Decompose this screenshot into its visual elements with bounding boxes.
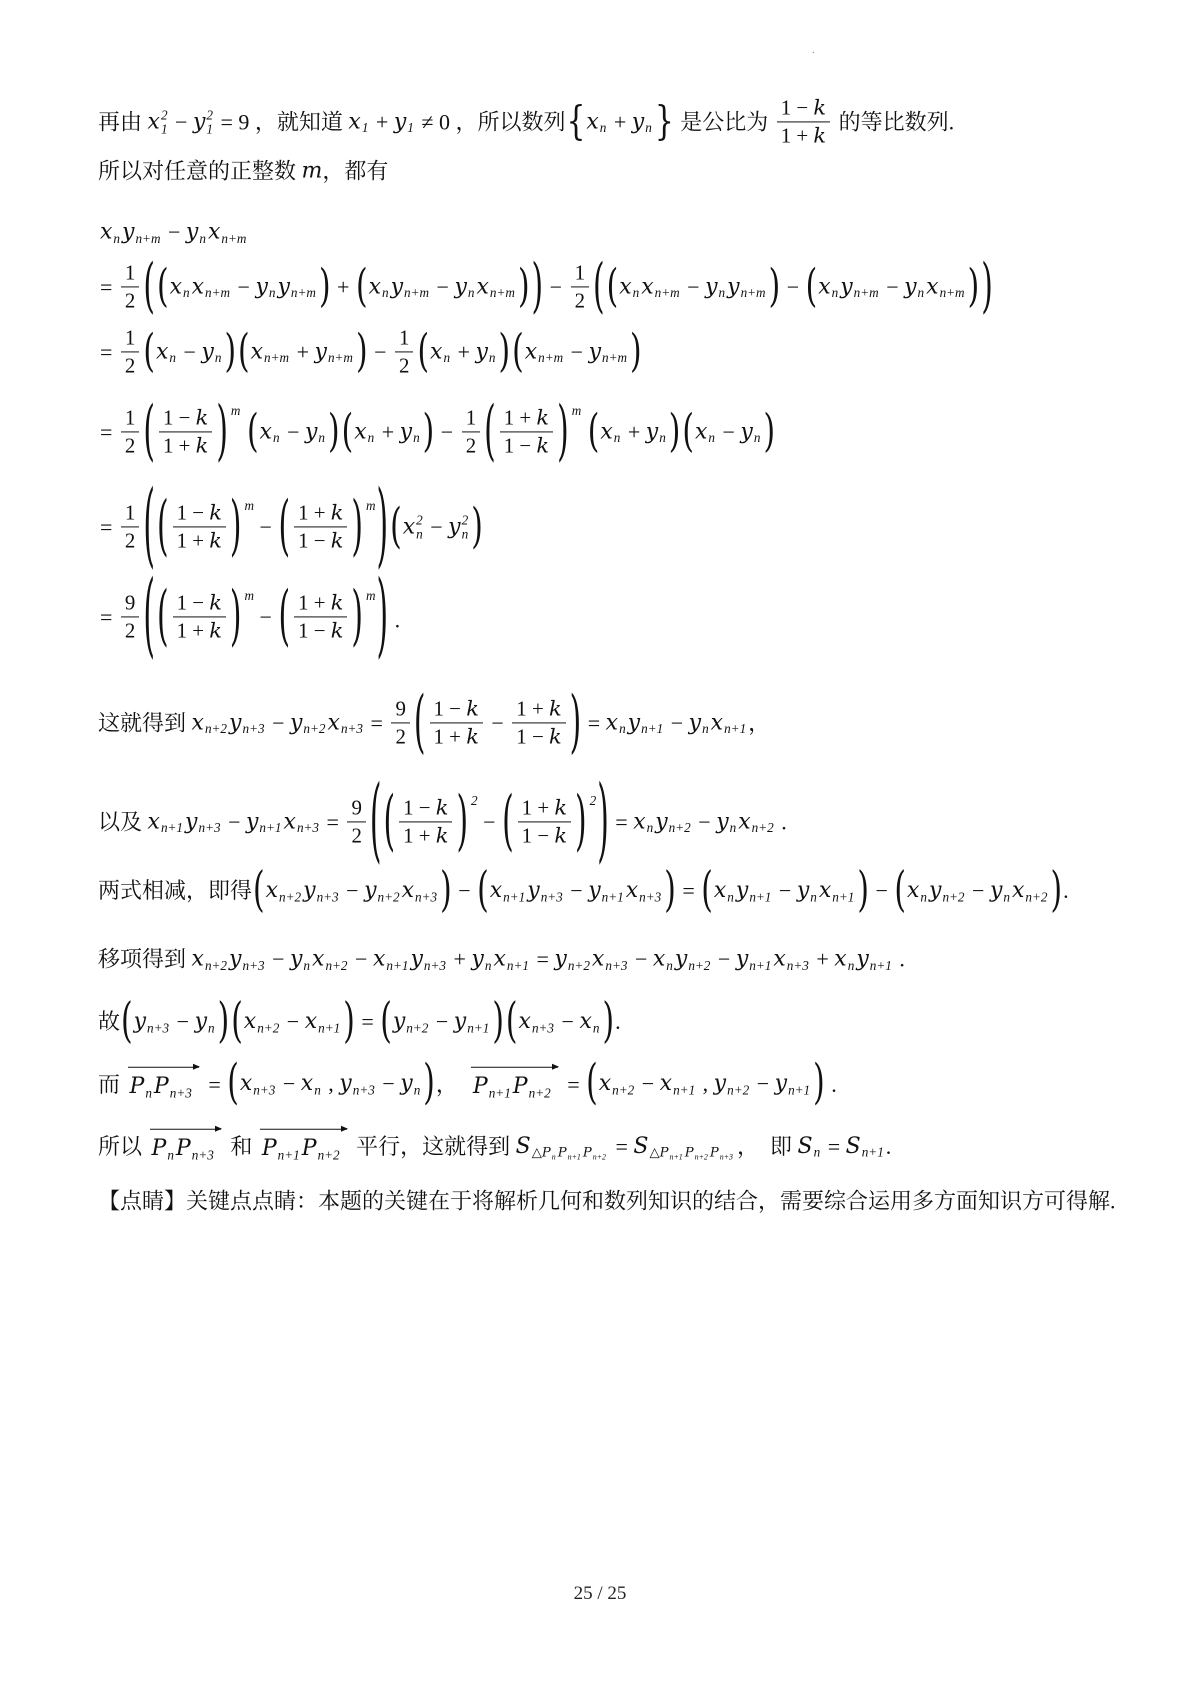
math-text: 1 + <box>403 824 436 849</box>
math-variable: xn+1 <box>373 945 411 973</box>
math-variable: xn <box>834 945 856 973</box>
subscript: n+1 <box>503 889 525 906</box>
math-variable: xn+2 <box>738 808 776 836</box>
fraction-denominator: 2 <box>347 823 365 849</box>
math-variable: yn+2 <box>364 877 402 905</box>
math-text: = <box>203 1070 226 1098</box>
subscript: n+3 <box>242 957 264 974</box>
subscript: n <box>730 820 737 837</box>
math-variable-glyph: y <box>716 808 728 836</box>
subscript: n+1 <box>862 1144 884 1161</box>
math-variable-glyph: x <box>354 418 366 446</box>
math-variable: k <box>549 696 562 721</box>
math-variable: xn <box>653 945 675 973</box>
math-variable: S△PnPn+1Pn+2 <box>516 1132 610 1160</box>
fraction: 1 + k1 − k <box>294 500 347 553</box>
subscript: n+1 <box>507 957 529 974</box>
math-text: 2 <box>351 824 361 849</box>
subscript: n+3 <box>192 1147 214 1164</box>
math-variable: xn+m <box>641 273 681 301</box>
math-text: 1 − <box>163 405 196 430</box>
math-text: 再由 <box>98 108 148 136</box>
math-variable-glyph: k <box>209 529 222 554</box>
subscript: n+2 <box>1025 889 1047 906</box>
math-text: − <box>693 808 716 836</box>
math-variable-glyph: y <box>122 218 134 246</box>
fraction-denominator: 2 <box>571 288 589 314</box>
fraction-numerator: 1 − k <box>430 696 483 723</box>
paren-group: (xn+2yn+3 − yn+2xn+3) <box>252 876 453 906</box>
math-variable: xn <box>369 273 391 301</box>
math-text: 1 <box>125 325 135 350</box>
math-variable-glyph: x <box>599 1070 611 1098</box>
open-bracket: ( <box>142 257 156 316</box>
paren-group: ((1 − k1 + k)m − (1 + k1 − k)m) <box>142 590 389 643</box>
paren-group: (1 − k1 + k)m <box>142 405 240 458</box>
math-variable: k <box>209 590 222 615</box>
paren-group: ((1 − k1 + k)m − (1 + k1 − k)m) <box>142 500 389 553</box>
math-variable: yn+3 <box>527 877 565 905</box>
fraction: 12 <box>395 325 413 378</box>
document-page: . 再由 x21 − y21 = 9 ，就知道 x1 + y1 ≠ 0 ，所以数… <box>0 0 1200 1697</box>
open-bracket: ( <box>237 330 251 375</box>
paren-group: (xn+2 − xn+1) <box>230 1007 356 1037</box>
fraction-numerator: 9 <box>347 795 365 822</box>
math-variable: xn+m <box>208 218 248 246</box>
close-bracket: ) <box>668 410 682 455</box>
math-text: − <box>232 273 255 301</box>
math-variable: xn+m <box>251 338 291 366</box>
math-text: 1 + <box>298 590 331 615</box>
fraction-denominator: 1 + k <box>159 433 212 459</box>
math-text: ， <box>436 1070 469 1098</box>
math-variable-glyph: y <box>714 1070 726 1098</box>
open-bracket: ( <box>120 998 134 1046</box>
subscript: n+2 <box>303 721 325 738</box>
math-variable: yn+1 <box>454 1008 492 1036</box>
math-text: − <box>267 945 290 973</box>
math-variable-glyph: k <box>549 696 562 721</box>
open-bracket: ( <box>416 330 430 375</box>
subscript: n+1 <box>568 1152 581 1162</box>
paren-group: (1 + k1 − k)m <box>277 590 375 643</box>
paren-group: (1 + k1 − k)2 <box>501 795 596 848</box>
math-variable-glyph: k <box>331 500 344 525</box>
math-variable-glyph: m <box>302 157 323 185</box>
group-body: 1 + k1 − k <box>291 500 350 553</box>
math-variable: k <box>331 619 344 644</box>
math-variable-glyph: x <box>312 945 324 973</box>
open-bracket: ( <box>379 998 393 1046</box>
math-text: + <box>811 945 834 973</box>
math-variable-glyph: x <box>641 273 653 301</box>
subscript: n <box>727 889 734 906</box>
open-bracket: ( <box>277 584 291 649</box>
math-text: , <box>697 1070 714 1098</box>
math-text: − <box>478 808 501 836</box>
group-body: xnyn+2 − ynxn+2 <box>907 877 1050 905</box>
group-body: xn + yn <box>430 338 497 366</box>
math-text: − <box>369 338 392 366</box>
intro-geometric-ratio-line: 再由 x21 − y21 = 9 ，就知道 x1 + y1 ≠ 0 ，所以数列{… <box>98 95 954 148</box>
open-bracket: ( <box>389 503 403 551</box>
math-text: 两式相减，即得 <box>98 877 252 905</box>
math-variable: k <box>331 590 344 615</box>
math-variable-glyph: x <box>711 709 723 737</box>
thus-obtain-line: 这就得到 xn+2yn+3 − yn+2xn+3 = 92(1 − k1 + k… <box>98 696 770 749</box>
math-text: 和 <box>225 1132 258 1160</box>
subscript: △PnPn+1Pn+2 <box>532 1144 608 1162</box>
math-variable: xn <box>301 1070 323 1098</box>
subscript: n+1 <box>602 889 624 906</box>
subscript: n+m <box>291 285 316 302</box>
subscript: n+m <box>135 230 160 247</box>
vector-with-overline: Pn+1Pn+2 <box>260 1130 347 1163</box>
subscript: n <box>145 1085 152 1102</box>
group-body: (1 − k1 + k)m − (1 + k1 − k)m <box>156 590 376 643</box>
math-text: △ <box>649 1144 659 1159</box>
subscript: n <box>413 430 420 447</box>
math-variable-glyph: x <box>284 808 296 836</box>
math-text: . <box>389 606 400 644</box>
math-variable: yn <box>740 418 762 446</box>
math-variable-glyph: y <box>391 273 403 301</box>
math-variable: xn <box>907 877 929 905</box>
math-text: 1 + <box>516 696 549 721</box>
math-variable-glyph: y <box>475 338 487 366</box>
math-variable-glyph: k <box>466 696 479 721</box>
math-text: 而 <box>98 1070 126 1098</box>
rearrange-terms-line: 移项得到 xn+2yn+3 − ynxn+2 − xn+1yn+3 + ynxn… <box>98 945 905 973</box>
math-text: 1 − <box>298 619 331 644</box>
math-variable: yn+2 <box>290 709 328 737</box>
math-variable: xn <box>260 418 282 446</box>
fraction: 92 <box>121 590 139 643</box>
group-body: xn+1yn+3 − yn+1xn+3 <box>490 877 664 905</box>
subscript: n+m <box>741 285 766 302</box>
subscript: n+1 <box>278 1147 300 1164</box>
fraction-numerator: 1 + k <box>294 590 347 617</box>
math-text: 是公比为 <box>675 108 774 136</box>
math-text: − <box>223 808 246 836</box>
subscript: n <box>443 350 450 367</box>
group-body: xn + yn <box>354 418 421 446</box>
math-variable-glyph: y <box>628 709 640 737</box>
math-variable: xn+2 <box>192 709 230 737</box>
group-exponent: m <box>231 403 241 420</box>
math-text: − <box>350 945 373 973</box>
math-variable: yn <box>400 1070 422 1098</box>
math-variable-glyph: x <box>477 273 489 301</box>
math-text: − <box>277 1070 300 1098</box>
subscript: n <box>468 285 475 302</box>
close-bracket: ) <box>327 410 341 455</box>
subscript: n+m <box>264 350 289 367</box>
math-text: = <box>677 877 700 905</box>
superscript: 2 <box>462 513 469 527</box>
math-variable-glyph: x <box>403 513 415 541</box>
open-bracket: ( <box>505 998 519 1046</box>
math-text: − <box>565 877 588 905</box>
close-bracket: ) <box>1050 867 1064 915</box>
sub-sup-stack: 21 <box>161 108 168 136</box>
math-variable: k <box>536 405 549 430</box>
math-variable: yn+1 <box>736 945 774 973</box>
math-variable-glyph: x <box>626 877 638 905</box>
paren-group: (xn+3 − xn) <box>505 1007 615 1037</box>
math-variable-glyph: x <box>148 108 160 136</box>
open-bracket: ( <box>501 789 515 854</box>
paren-group: (1 − k1 + k)m <box>156 590 254 643</box>
math-variable: xn+1 <box>711 709 749 737</box>
fraction: 1 − k1 + k <box>777 95 830 148</box>
math-variable: yn <box>632 108 654 136</box>
subscript: 1 <box>362 120 369 137</box>
math-variable-glyph: y <box>339 1070 351 1098</box>
subscript: n+3 <box>532 1020 554 1037</box>
open-bracket: ( <box>156 265 170 310</box>
math-variable: yn+3 <box>410 945 448 973</box>
math-text: 1 + <box>781 124 814 149</box>
subscript: n+1 <box>386 957 408 974</box>
subscript: n <box>832 285 839 302</box>
math-text: 2 <box>125 354 135 379</box>
close-bracket: ) <box>455 789 469 854</box>
subscript: n <box>920 889 927 906</box>
math-text: + <box>376 418 399 446</box>
math-variable: yn+m <box>277 273 317 301</box>
math-variable: xn <box>156 338 178 366</box>
open-bracket: ( <box>383 789 397 854</box>
math-variable-glyph: y <box>705 273 717 301</box>
vector-body: Pn+1Pn+2 <box>262 1135 342 1163</box>
math-text: 1 − <box>177 500 210 525</box>
fraction-denominator: 2 <box>121 288 139 314</box>
math-variable-glyph: k <box>209 590 222 615</box>
subscript: n <box>462 527 469 541</box>
math-text: − <box>967 877 990 905</box>
math-variable-glyph: x <box>301 1070 313 1098</box>
subscript: n <box>314 1082 321 1099</box>
fraction-denominator: 1 + k <box>430 724 483 750</box>
subscript: n+3 <box>415 889 437 906</box>
math-variable-glyph: k <box>549 725 562 750</box>
fraction-denominator: 1 − k <box>294 618 347 644</box>
math-variable: Pn+1 <box>660 1145 685 1162</box>
vector-definition-line: 而 PnPn+3 = (xn+3 − xn , yn+3 − yn)， Pn+1… <box>98 1068 837 1101</box>
group-exponent: m <box>572 403 582 420</box>
paren-group: ((1 − k1 + k)2 − (1 + k1 − k)2) <box>369 795 610 848</box>
math-variable-glyph: y <box>904 273 916 301</box>
math-variable: xn+3 <box>240 1070 278 1098</box>
math-text: − <box>282 418 305 446</box>
subscript: 1 <box>407 120 414 137</box>
math-text: − <box>712 945 735 973</box>
math-text: = <box>321 808 344 836</box>
open-bracket: ( <box>805 265 819 310</box>
close-bracket: ) <box>980 257 994 316</box>
subscript: n+3 <box>341 721 363 738</box>
fraction: 92 <box>347 795 365 848</box>
math-variable-glyph: k <box>554 795 567 820</box>
paren-group: (xn+3 − xn , yn+3 − yn) <box>226 1069 436 1099</box>
subscript: n+1 <box>724 721 746 738</box>
math-text: − <box>629 945 652 973</box>
math-text: 1 + <box>177 529 210 554</box>
math-variable: yn <box>689 709 711 737</box>
math-variable: xn+3 <box>773 945 811 973</box>
subscript: n+m <box>655 285 680 302</box>
subscript: n+2 <box>568 957 590 974</box>
math-variable-glyph: y <box>193 108 205 136</box>
math-text: + <box>622 418 645 446</box>
subscript: n <box>318 430 325 447</box>
math-text: 的等比数列. <box>833 108 954 136</box>
math-variable-glyph: y <box>290 945 302 973</box>
math-variable: k <box>331 500 344 525</box>
math-variable: yn+1 <box>628 709 666 737</box>
open-bracket: ( <box>592 257 606 316</box>
math-variable-glyph: P <box>152 1135 167 1163</box>
subscript: n <box>183 285 190 302</box>
paren-group: (xn+2 − xn+1 , yn+2 − yn+1) <box>585 1069 826 1099</box>
math-variable-glyph: P <box>710 1145 719 1162</box>
math-variable: k <box>466 725 479 750</box>
math-variable: k <box>209 529 222 554</box>
subscript: n+1 <box>749 957 771 974</box>
math-variable-glyph: x <box>579 1008 591 1036</box>
math-variable-glyph: y <box>736 945 748 973</box>
sub-sup-stack: 2n <box>462 513 469 541</box>
math-variable-glyph: x <box>192 709 204 737</box>
math-text: 9 <box>351 795 361 820</box>
math-variable: yn+2 <box>675 945 713 973</box>
math-variable-glyph: x <box>373 945 385 973</box>
math-variable-glyph: x <box>695 418 707 446</box>
math-variable-glyph: x <box>660 1070 672 1098</box>
math-text: 1 + <box>434 725 467 750</box>
math-variable-glyph: x <box>926 273 938 301</box>
math-text: = <box>100 338 118 366</box>
math-variable: xn+m <box>192 273 232 301</box>
subscript: n <box>810 889 817 906</box>
subscript: n+2 <box>612 1082 634 1099</box>
math-variable: yn+3 <box>185 808 223 836</box>
open-bracket: ( <box>230 998 244 1046</box>
math-variable: k <box>436 824 449 849</box>
subtract-two-equations-line: 两式相减，即得(xn+2yn+3 − yn+2xn+3) − (xn+1yn+3… <box>98 876 1069 906</box>
math-variable: yn+m <box>840 273 880 301</box>
math-variable: y2n <box>448 513 470 541</box>
math-text: − <box>254 603 277 631</box>
group-body: xn+m + yn+m <box>251 338 355 366</box>
math-variable-glyph: k <box>331 529 344 554</box>
math-variable-glyph: k <box>331 619 344 644</box>
subscript: n+m <box>490 285 515 302</box>
open-bracket: { <box>565 102 586 142</box>
close-bracket: ) <box>342 998 356 1046</box>
subscript: n+2 <box>257 1020 279 1037</box>
fraction-denominator: 1 − k <box>294 528 347 554</box>
math-text: 2 <box>575 289 585 314</box>
math-text: + <box>608 108 631 136</box>
subscript: n <box>269 285 276 302</box>
group-exponent: 2 <box>471 793 478 810</box>
subscript: n+1 <box>259 820 281 837</box>
fraction-denominator: 1 + k <box>777 123 830 149</box>
math-text: 2 <box>125 434 135 459</box>
math-variable: xn <box>633 808 655 836</box>
math-text: − <box>341 877 364 905</box>
math-variable: yn <box>646 418 668 446</box>
subscript: n <box>614 430 621 447</box>
math-variable: yn+1 <box>588 877 626 905</box>
math-variable-glyph: x <box>653 945 665 973</box>
math-variable-glyph: k <box>466 725 479 750</box>
math-variable: x2n <box>403 513 425 541</box>
math-variable-glyph: k <box>813 95 826 120</box>
math-variable-glyph: x <box>493 945 505 973</box>
math-variable-glyph: y <box>589 338 601 366</box>
math-variable: Pn+2 <box>685 1145 710 1162</box>
math-variable-glyph: y <box>394 108 406 136</box>
math-variable-glyph: P <box>558 1145 567 1162</box>
group-body: (1 − k1 + k)2 − (1 + k1 − k)2 <box>383 795 597 848</box>
subscript: n+2 <box>205 721 227 738</box>
math-variable-glyph: y <box>303 877 315 905</box>
vector-with-overline: Pn+1Pn+2 <box>471 1068 558 1101</box>
fraction-denominator: 2 <box>462 433 480 459</box>
vector-body: PnPn+3 <box>152 1135 216 1163</box>
subscript: n+m <box>404 285 429 302</box>
math-variable: k <box>813 95 826 120</box>
fraction: 1 − k1 + k <box>173 500 226 553</box>
math-variable-glyph: y <box>305 418 317 446</box>
group-body: xn+2 − xn+1 <box>244 1008 342 1036</box>
math-variable-glyph: y <box>134 1008 146 1036</box>
vector-with-overline: PnPn+3 <box>150 1130 221 1163</box>
math-variable: xn+1 <box>305 1008 343 1036</box>
subscript: n+3 <box>253 1082 275 1099</box>
math-variable: xn+3 <box>328 709 366 737</box>
group-body: xnxn+m − ynyn+m <box>619 273 767 301</box>
fraction-denominator: 2 <box>121 353 139 379</box>
math-variable: k <box>813 124 826 149</box>
math-variable-glyph: x <box>592 945 604 973</box>
open-bracket: ( <box>413 689 427 757</box>
math-text: = <box>100 603 118 631</box>
math-text: 1 <box>125 500 135 525</box>
math-variable: yn <box>201 338 223 366</box>
math-variable-glyph: y <box>290 709 302 737</box>
vector-with-overline: PnPn+3 <box>128 1068 199 1101</box>
close-bracket: ) <box>601 998 615 1046</box>
math-text: − <box>717 418 740 446</box>
math-variable: xn <box>430 338 452 366</box>
subscript: n <box>382 285 389 302</box>
math-text: + <box>452 338 475 366</box>
subscript: n+3 <box>353 1082 375 1099</box>
math-variable: yn+2 <box>929 877 967 905</box>
math-variable: k <box>196 434 209 459</box>
math-variable-glyph: k <box>813 124 826 149</box>
fraction-numerator: 1 <box>395 325 413 352</box>
math-variable-glyph: x <box>818 273 830 301</box>
subscript: n <box>666 957 673 974</box>
close-bracket: ) <box>491 998 505 1046</box>
math-text: − <box>773 877 796 905</box>
math-variable-glyph: P <box>130 1073 145 1101</box>
